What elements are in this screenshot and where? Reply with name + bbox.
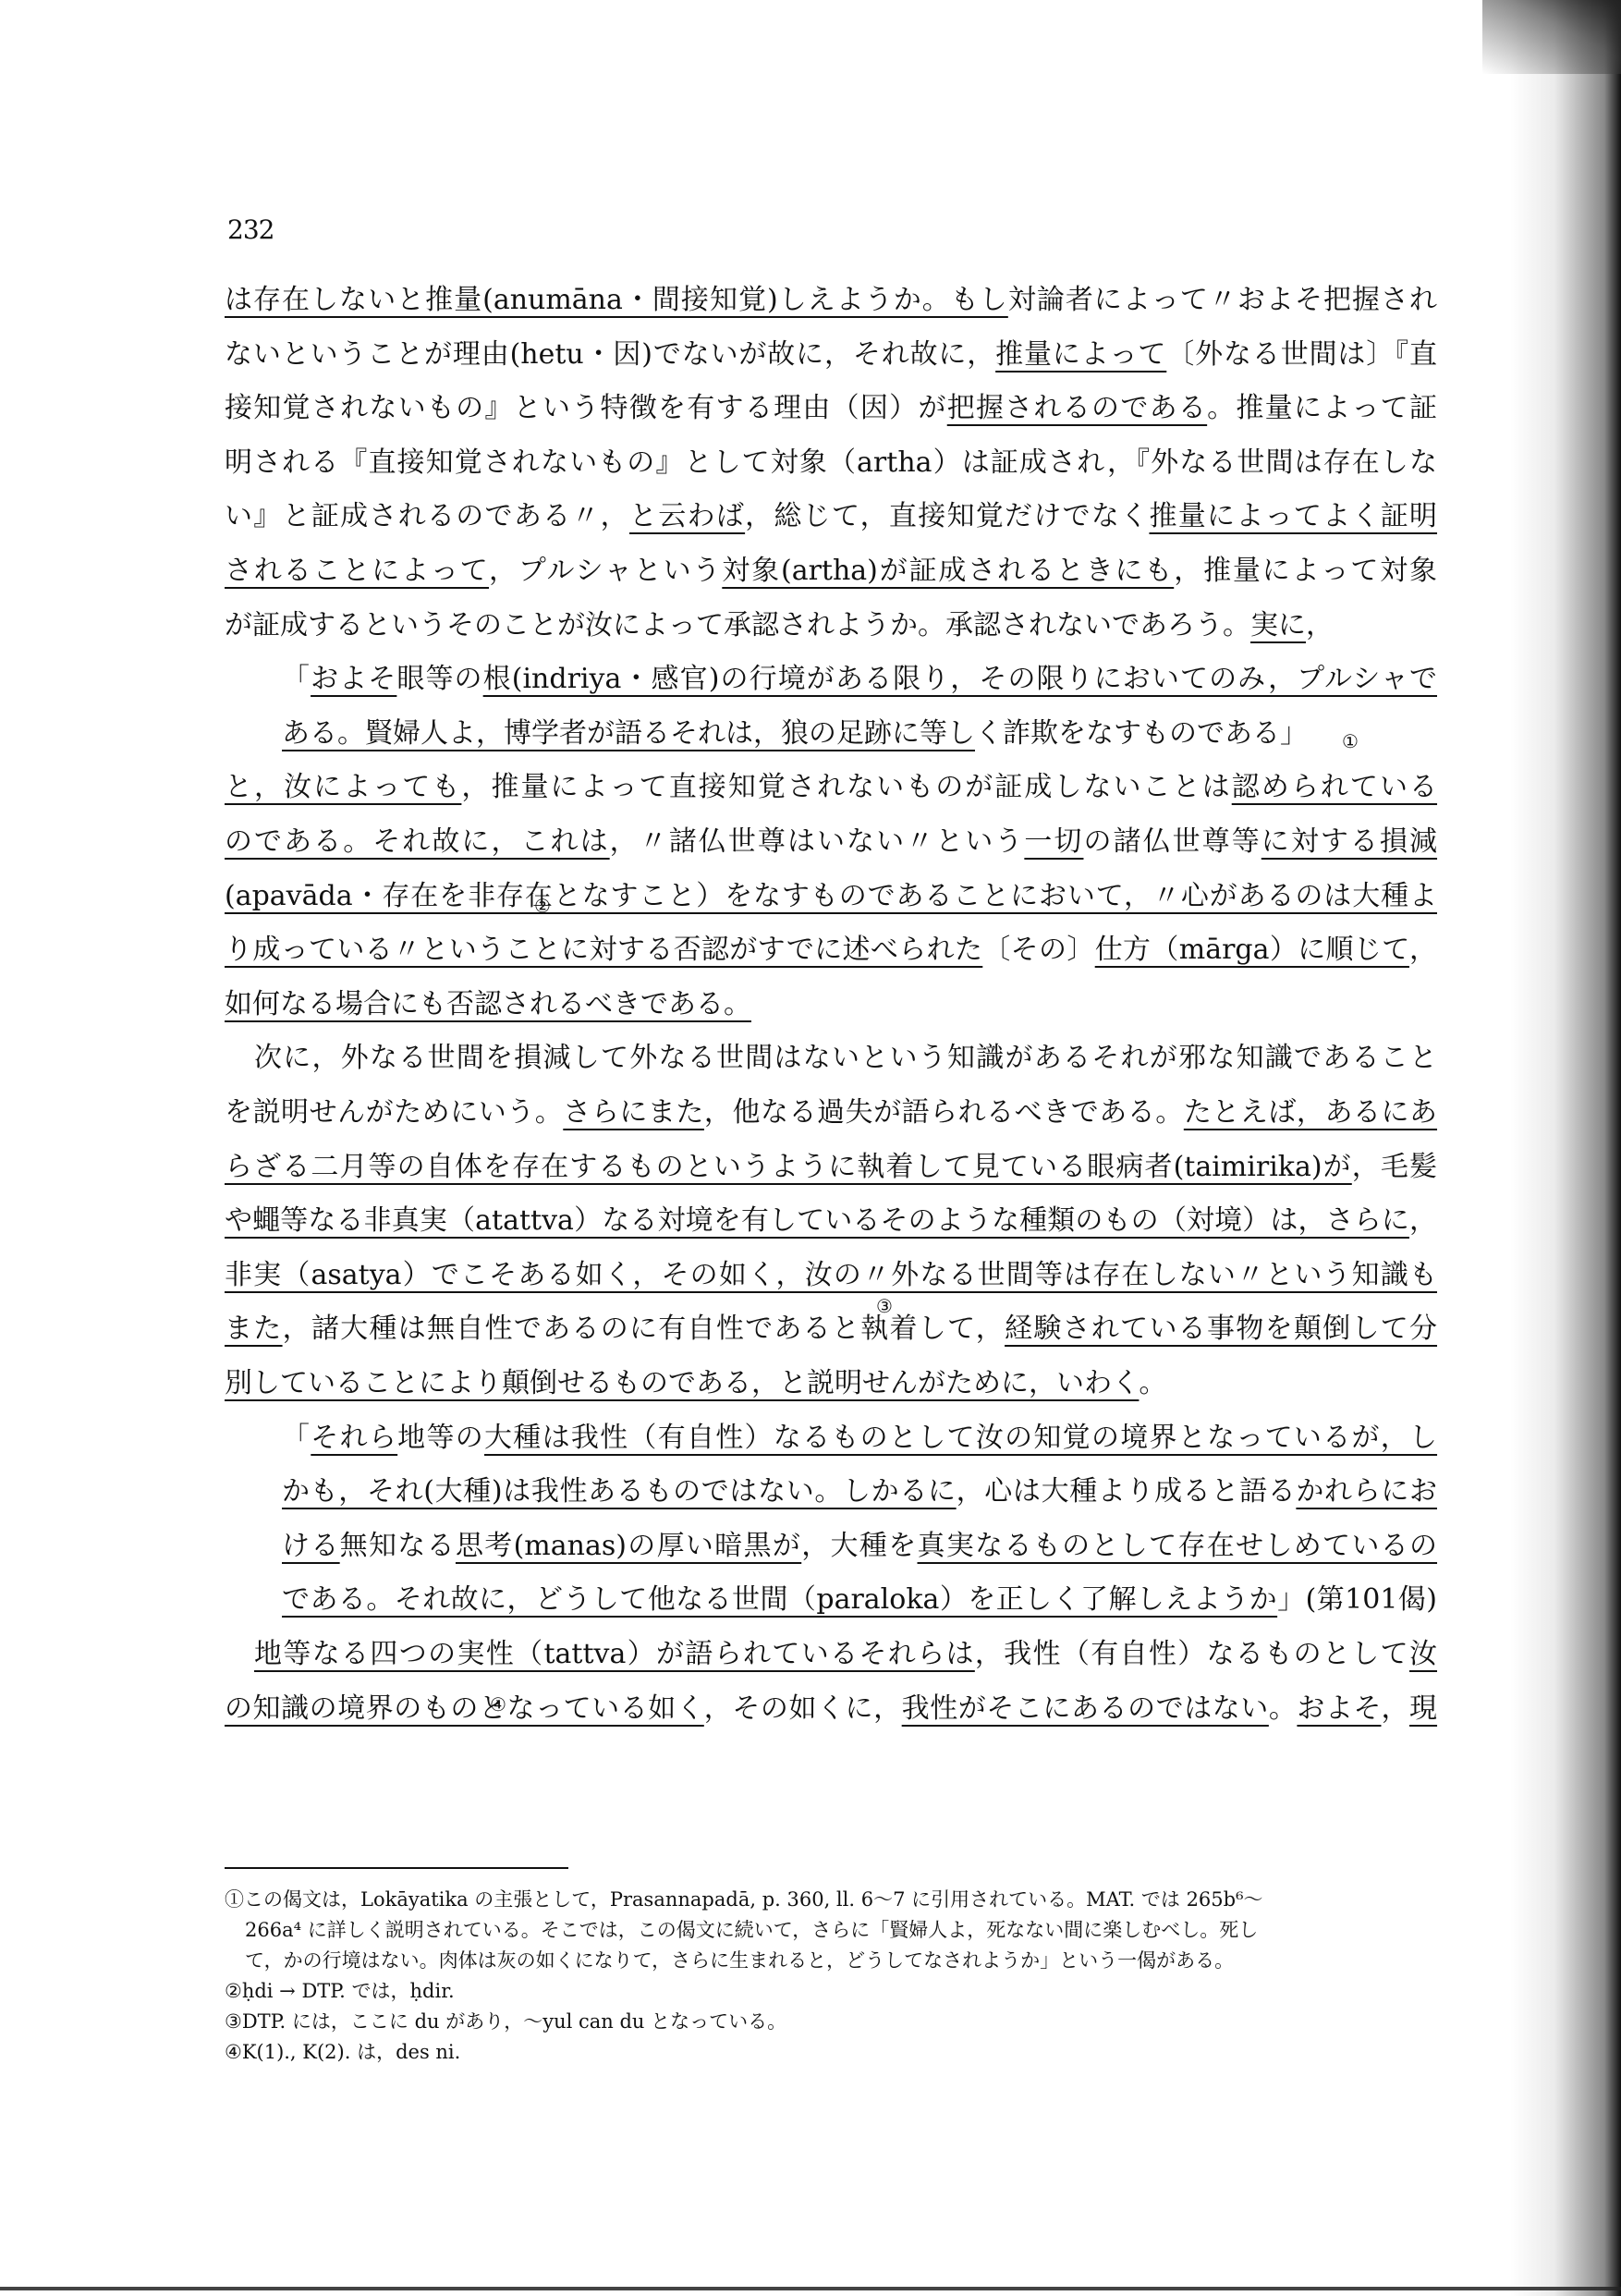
text-segment: ，〃諸仏世尊はいない〃という [610, 825, 1025, 858]
footnote-marker[interactable]: ③ [876, 1297, 893, 1315]
body-line: されることによって，プルシャという対象(artha)が証成されるときにも，推量に… [225, 553, 1437, 590]
underlined-text: 一切 [1024, 825, 1083, 858]
text-segment: い』と証成されるのである〃， [225, 500, 629, 532]
text-segment: 」 [1280, 717, 1308, 750]
text-segment: 無知なる [340, 1530, 456, 1562]
text-segment: ， [1306, 609, 1334, 641]
body-line: や蠅等なる非真実（atattva）なる対境を有しているそのような種類のもの（対境… [225, 1203, 1437, 1240]
text-segment: ，心は大種より成ると語る [957, 1475, 1297, 1508]
body-line: また，諸大種は無自性であるのに有自性であると執着して，経験されている事物を顛倒し… [225, 1311, 1437, 1348]
text-segment: 「 [282, 1422, 311, 1454]
underlined-text: たとえば，あるにあ [1184, 1096, 1437, 1129]
underlined-text: 対象(artha)が証成されるときにも [722, 555, 1174, 587]
underlined-text: かれらにお [1296, 1475, 1437, 1508]
body-line: い』と証成されるのである〃，と云わば，総じて，直接知覚だけでなく推量によってよく… [225, 498, 1437, 535]
text-segment: ，推量によって直接知覚されないものが証成しないことは [461, 771, 1231, 803]
text-segment: ，諸大種は無自性であるのに有自性であると執着して， [283, 1313, 1005, 1345]
body-line: かも，それ(大種)は我性あるものではない。しかるに，心は大種より成ると語るかれら… [282, 1473, 1437, 1510]
underlined-text: 如何なる場合にも否認されるべきである。 [225, 988, 751, 1020]
body-line: 接知覚されないもの』という特徴を有する理由（因）が把握されるのである。推量によっ… [225, 390, 1437, 427]
body-line: ける無知なる思考(manas)の厚い暗黒が，大種を真実なるものとして存在せしめて… [282, 1528, 1437, 1565]
footnote-marker[interactable]: ① [1342, 732, 1359, 751]
body-line: ないということが理由(hetu・因)でないが故に，それ故に，推量によって〔外なる… [225, 336, 1437, 373]
body-line: 如何なる場合にも否認されるべきである。 [225, 986, 1437, 1023]
underlined-text: (apavāda・存在を非存在となすこと）をなすものであることにおいて，〃心があ… [225, 880, 1437, 912]
page-binding-shadow [1510, 0, 1621, 2296]
text-segment: ，その如くに， [704, 1692, 902, 1725]
underlined-text: と，汝によっても [225, 771, 461, 803]
underlined-text: は存在しないと推量(anumāna・間接知覚)しえようか。もし [225, 284, 1008, 316]
footnote-separator [225, 1867, 568, 1869]
page-number: 232 [227, 214, 274, 245]
text-segment: を説明せんがためにいう。 [225, 1096, 563, 1129]
body-line: (apavāda・存在を非存在となすこと）をなすものであることにおいて，〃心があ… [225, 878, 1437, 915]
footnote-line: ①この偈文は，Lokāyatika の主張として，Prasannapadā, p… [225, 1886, 1437, 1913]
body-line: のである。それ故に，これは，〃諸仏世尊はいない〃という一切の諸仏世尊等に対する損… [225, 824, 1437, 861]
underlined-text: 仕方（mārga）に順じて [1095, 934, 1409, 966]
text-segment: 対論者によって〃およそ把握され [1008, 284, 1437, 316]
text-segment: ， [1409, 1204, 1437, 1237]
underlined-text: 推量によってよく証明 [1149, 500, 1437, 532]
body-line: である。それ故に，どうして他なる世間（paraloka）を正しく了解しえようか」… [282, 1582, 1437, 1618]
underlined-text: 大種は我性（有自性）なるものとして汝の知覚の境界となっているが，し [484, 1422, 1437, 1454]
footnote-marker[interactable]: ④ [490, 1695, 506, 1714]
body-line: が証成するというそのことが汝によって承認されようか。承認されないであろう。実に， [225, 607, 1437, 644]
underlined-text: に対する損減 [1261, 825, 1437, 858]
body-line: 非実（asatya）でこそある如く，その如く，汝の〃外なる世間等は存在しない〃と… [225, 1257, 1437, 1294]
text-segment: ，我性（有自性）なるものとして [975, 1638, 1409, 1670]
body-line: は存在しないと推量(anumāna・間接知覚)しえようか。もし対論者によって〃お… [225, 282, 1437, 319]
text-segment: 」(第101偈) [1277, 1583, 1437, 1616]
text-segment: ，総じて，直接知覚だけでなく [745, 500, 1149, 532]
underlined-text: 汝 [1409, 1638, 1437, 1670]
underlined-text: さらにまた [563, 1096, 704, 1129]
text-segment: の諸仏世尊等 [1083, 825, 1261, 858]
text-segment: が証成するというそのことが汝によって承認されようか。承認されないであろう。 [225, 609, 1250, 641]
footnote-marker[interactable]: ② [534, 897, 551, 915]
underlined-text: およそ [311, 663, 396, 695]
body-line: 明される『直接知覚されないもの』として対象（artha）は証成され，『外なる世間… [225, 445, 1437, 482]
underlined-text: 根(indriya・感官)の行境がある限り，その限りにおいてのみ，プルシャで [483, 663, 1437, 695]
underlined-text: また [225, 1313, 283, 1345]
underlined-text: されることによって [225, 555, 489, 587]
footnote-line: て，かの行境はない。肉体は灰の如くになりて，さらに生まれると，どうしてなされよう… [245, 1947, 1457, 1974]
page-bottom-edge [0, 2287, 1621, 2290]
footnote-line: 266a⁴ に詳しく説明されている。そこでは，この偈文に続いて，さらに「賢婦人よ… [245, 1916, 1457, 1944]
body-line: らざる二月等の自体を存在するものというように執着して見ている眼病者(taimir… [225, 1149, 1437, 1186]
body-line: 「それら地等の大種は我性（有自性）なるものとして汝の知覚の境界となっているが，し [282, 1420, 1437, 1457]
text-segment: 〔その〕 [982, 934, 1094, 966]
text-segment: 。 [1269, 1692, 1298, 1725]
text-segment: 「 [282, 663, 311, 695]
underlined-text: の知識の境界のものとなっている如く [225, 1692, 704, 1725]
body-line: の知識の境界のものとなっている如く，その如くに，我性がそこにあるのではない。およ… [225, 1691, 1437, 1728]
underlined-text: およそ [1297, 1692, 1381, 1725]
body-line: 地等なる四つの実性（tattva）が語られているそれらは，我性（有自性）なるもの… [254, 1636, 1437, 1673]
underlined-text: かも，それ(大種)は我性あるものではない。しかるに [282, 1475, 957, 1508]
underlined-text: 認められている [1232, 771, 1437, 803]
underlined-text: 非実（asatya）でこそある如く，その如く，汝の〃外なる世間等は存在しない〃と… [225, 1259, 1437, 1291]
footnote-line: ③DTP. には，ここに du があり，～yul can du となっている。 [225, 2008, 1437, 2035]
text-segment: ， [1409, 934, 1437, 966]
underlined-text: 真実なるものとして存在せしめているの [918, 1530, 1438, 1562]
underlined-text: それら [311, 1422, 397, 1454]
text-segment: 次に，外なる世間を損減して外なる世間はないという知識があるそれが邪な知識であるこ… [254, 1042, 1437, 1074]
body-line: り成っている〃ということに対する否認がすでに述べられた〔その〕仕方（mārga）… [225, 932, 1437, 969]
text-segment: ないということが理由(hetu・因)でないが故に，それ故に， [225, 338, 995, 371]
underlined-text: である。それ故に，どうして他なる世間（paraloka）を正しく了解しえようか [282, 1583, 1277, 1616]
text-segment: 明される『直接知覚されないもの』として対象（artha）は証成され，『外なる世間… [225, 446, 1437, 479]
underlined-text: と云わば [629, 500, 745, 532]
underlined-text: 思考(manas)の厚い暗黒が [456, 1530, 801, 1562]
text-segment: 眼等の [396, 663, 482, 695]
text-segment: ，他なる過失が語られるべきである。 [704, 1096, 1184, 1129]
text-segment: ，毛髪 [1352, 1151, 1437, 1183]
underlined-text: のである。それ故に，これは [225, 825, 610, 858]
body-line: ある。賢婦人よ，博学者が語るそれは，狼の足跡に等しく詐欺をなすものである」 [282, 715, 1437, 752]
text-segment: ，大種を [801, 1530, 917, 1562]
underlined-text: り成っている〃ということに対する否認がすでに述べられた [225, 934, 982, 966]
underlined-text: 推量によって [995, 338, 1166, 371]
underlined-text: 別していることにより顛倒せるものである，と説明せんがために，いわく [225, 1367, 1139, 1399]
page-corner-shadow [1482, 0, 1621, 74]
underlined-text: 我性がそこにあるのではない [902, 1692, 1269, 1725]
underlined-text: 実に [1250, 609, 1306, 641]
underlined-text: 地等なる四つの実性（tattva）が語られているそれらは [254, 1638, 975, 1670]
underlined-text: ある。賢婦人よ，博学者が語るそれは，狼の足跡に等し [282, 717, 975, 750]
body-line: 「およそ眼等の根(indriya・感官)の行境がある限り，その限りにおいてのみ，… [282, 661, 1437, 698]
text-segment: 接知覚されないもの』という特徴を有する理由（因）が [225, 392, 947, 424]
underlined-text: や蠅等なる非真実（atattva）なる対境を有しているそのような種類のもの（対境… [225, 1204, 1409, 1237]
underlined-text: 現 [1409, 1692, 1437, 1725]
footnote-line: ②ḥdi → DTP. では，ḥdir. [225, 1977, 1437, 2005]
underlined-text: 把握されるのである [947, 392, 1207, 424]
body-line: 別していることにより顛倒せるものである，と説明せんがために，いわく。 [225, 1365, 1437, 1402]
text-segment: 〔外なる世間は〕『直 [1166, 338, 1437, 371]
text-segment: く詐欺をなすものである [975, 717, 1280, 750]
body-line: を説明せんがためにいう。さらにまた，他なる過失が語られるべきである。たとえば，あ… [225, 1094, 1437, 1131]
body-line: と，汝によっても，推量によって直接知覚されないものが証成しないことは認められてい… [225, 769, 1437, 806]
text-segment: 。推量によって証 [1207, 392, 1437, 424]
footnote-line: ④K(1)., K(2). は，des ni. [225, 2038, 1437, 2066]
text-segment: ，プルシャという [489, 555, 722, 587]
text-segment: ，推量によって対象 [1174, 555, 1437, 587]
underlined-text: 経験されている事物を顛倒して分 [1005, 1313, 1437, 1345]
underlined-text: らざる二月等の自体を存在するものというように執着して見ている眼病者(taimir… [225, 1151, 1352, 1183]
text-segment: ， [1381, 1692, 1409, 1725]
text-segment: 地等の [397, 1422, 484, 1454]
text-segment: 。 [1139, 1367, 1166, 1399]
underlined-text: ける [282, 1530, 340, 1562]
body-line: 次に，外なる世間を損減して外なる世間はないという知識があるそれが邪な知識であるこ… [254, 1040, 1437, 1077]
